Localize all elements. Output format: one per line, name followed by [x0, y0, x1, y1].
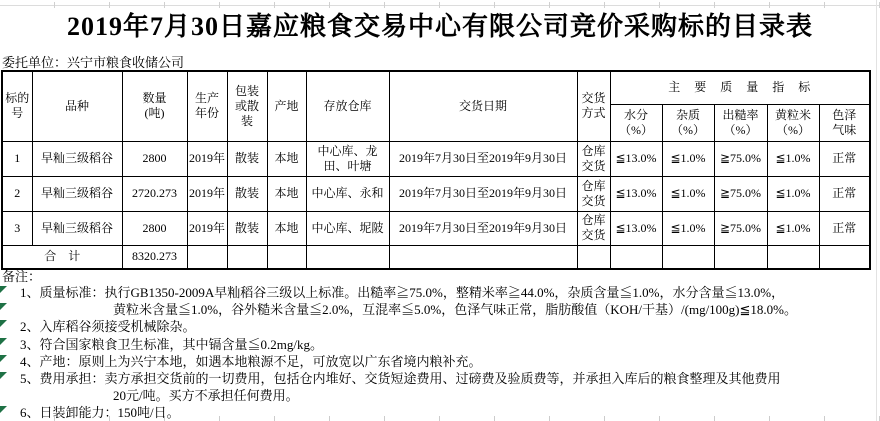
cell-packing: 散装: [227, 141, 267, 176]
empty-cell: [306, 245, 389, 269]
empty-cell: [662, 245, 714, 269]
note-line: 4、产地：原则上为兴宁本地，如遇本地粮源不足，可放宽以广东省境内粮补充。: [0, 353, 880, 370]
empty-cell: [389, 245, 577, 269]
cell-error-indicator-icon: [0, 406, 7, 413]
table-row: 1 早籼三级稻谷 2800 2019年 散装 本地 中心库、龙田、叶塘 2019…: [2, 141, 870, 176]
cell-error-indicator-icon: [0, 338, 7, 345]
cell-yellow-kernel: ≦1.0%: [767, 141, 819, 176]
cell-husked-rate: ≧75.0%: [714, 176, 767, 211]
col-header-delivery-date: 交货日期: [389, 71, 577, 141]
page-title: 2019年7月30日嘉应粮食交易中心有限公司竞价采购标的目录表: [0, 6, 880, 43]
cell-production-year: 2019年: [187, 141, 227, 176]
note-line: 黄粒米含量≦1.0%，谷外糙米含量≦2.0%，互混率≦5.0%，色泽气味正常，脂…: [0, 301, 880, 318]
cell-impurity: ≦1.0%: [662, 211, 714, 245]
col-header-packing: 包装 或散 装: [227, 71, 267, 141]
cell-packing: 散装: [227, 211, 267, 245]
note-text: 4、产地：原则上为兴宁本地，如遇本地粮源不足，可放宽以广东省境内粮补充。: [20, 354, 482, 369]
cell-variety: 早籼三级稻谷: [32, 141, 122, 176]
empty-cell: [577, 245, 610, 269]
cell-error-indicator-icon: [0, 320, 7, 327]
cell-packing: 散装: [227, 176, 267, 211]
cell-yellow-kernel: ≦1.0%: [767, 176, 819, 211]
cell-impurity: ≦1.0%: [662, 176, 714, 211]
cell-error-indicator-icon: [0, 355, 7, 362]
col-header-delivery-method: 交货 方式: [577, 71, 610, 141]
note-text: 6、日装卸能力：150吨/日。: [20, 405, 180, 420]
col-header-quantity: 数量 (吨): [122, 71, 187, 141]
total-row: 合 计 8320.273: [2, 245, 870, 269]
notes-section: 备注： 1、质量标准：执行GB1350-2009A早籼稻谷三级以上标准。出糙率≧…: [0, 269, 880, 421]
table-row: 2 早籼三级稻谷 2720.273 2019年 散装 本地 中心库、永和 201…: [2, 176, 870, 211]
cell-lot-no: 3: [2, 211, 32, 245]
cell-quantity: 2800: [122, 211, 187, 245]
cell-delivery-method: 仓库 交货: [577, 211, 610, 245]
note-line: 3、符合国家粮食卫生标准，其中镉含量≦0.2mg/kg。: [0, 336, 880, 353]
empty-cell: [610, 245, 662, 269]
note-text: 黄粒米含量≦1.0%，谷外糙米含量≦2.0%，互混率≦5.0%，色泽气味正常，脂…: [113, 302, 797, 317]
table-row: 3 早籼三级稻谷 2800 2019年 散装 本地 中心库、坭陂 2019年7月…: [2, 211, 870, 245]
note-text: 3、符合国家粮食卫生标准，其中镉含量≦0.2mg/kg。: [20, 337, 323, 352]
cell-impurity: ≦1.0%: [662, 141, 714, 176]
empty-cell: [227, 245, 267, 269]
note-text: 1、质量标准：执行GB1350-2009A早籼稻谷三级以上标准。出糙率≧75.0…: [20, 285, 784, 300]
note-text: 5、费用承担：卖方承担交货前的一切费用，包括仓内堆好、交货短途费用、过磅费及验质…: [20, 371, 781, 386]
cell-color-odor: 正常: [819, 211, 870, 245]
cell-origin: 本地: [267, 176, 306, 211]
cell-production-year: 2019年: [187, 211, 227, 245]
col-header-yellow-kernel: 黄粒米 （%）: [767, 104, 819, 141]
col-header-color-odor: 色泽 气味: [819, 104, 870, 141]
note-line: 2、入库稻谷须接受机械除杂。: [0, 318, 880, 335]
total-label: 合 计: [2, 245, 122, 269]
cell-delivery-method: 仓库 交货: [577, 141, 610, 176]
cell-warehouse: 中心库、坭陂: [306, 211, 389, 245]
cell-delivery-date: 2019年7月30日至2019年9月30日: [389, 141, 577, 176]
cell-lot-no: 2: [2, 176, 32, 211]
cell-variety: 早籼三级稻谷: [32, 211, 122, 245]
cell-yellow-kernel: ≦1.0%: [767, 211, 819, 245]
note-line: 6、日装卸能力：150吨/日。: [0, 404, 880, 421]
note-text: 20元/吨。买方不承担任何费用。: [113, 388, 299, 403]
note-line: 1、质量标准：执行GB1350-2009A早籼稻谷三级以上标准。出糙率≧75.0…: [0, 284, 880, 301]
empty-cell: [267, 245, 306, 269]
note-line: 20元/吨。买方不承担任何费用。: [0, 387, 880, 404]
col-header-lot-no: 标的 号: [2, 71, 32, 141]
note-text: 2、入库稻谷须接受机械除杂。: [20, 319, 196, 334]
cell-error-indicator-icon: [0, 372, 7, 379]
cell-delivery-date: 2019年7月30日至2019年9月30日: [389, 176, 577, 211]
catalog-table: 标的 号 品种 数量 (吨) 生产 年份 包装 或散 装 产地 存放仓库 交货日…: [1, 70, 871, 270]
cell-quantity: 2800: [122, 141, 187, 176]
cell-husked-rate: ≧75.0%: [714, 141, 767, 176]
empty-cell: [714, 245, 767, 269]
client-label: 委托单位：兴宁市粮食收储公司: [2, 52, 184, 71]
col-header-quality-group: 主 要 质 量 指 标: [610, 71, 870, 104]
spreadsheet-screenshot: 2019年7月30日嘉应粮食交易中心有限公司竞价采购标的目录表 委托单位：兴宁市…: [0, 0, 880, 421]
cell-moisture: ≦13.0%: [610, 211, 662, 245]
note-line: 5、费用承担：卖方承担交货前的一切费用，包括仓内堆好、交货短途费用、过磅费及验质…: [0, 370, 880, 387]
cell-color-odor: 正常: [819, 141, 870, 176]
col-header-moisture: 水分 （%）: [610, 104, 662, 141]
notes-label: 备注：: [0, 269, 880, 284]
cell-error-indicator-icon: [0, 303, 7, 310]
empty-cell: [187, 245, 227, 269]
cell-warehouse: 中心库、永和: [306, 176, 389, 211]
cell-delivery-method: 仓库 交货: [577, 176, 610, 211]
cell-lot-no: 1: [2, 141, 32, 176]
empty-cell: [819, 245, 870, 269]
cell-quantity: 2720.273: [122, 176, 187, 211]
cell-variety: 早籼三级稻谷: [32, 176, 122, 211]
col-header-production-year: 生产 年份: [187, 71, 227, 141]
cell-moisture: ≦13.0%: [610, 176, 662, 211]
cell-color-odor: 正常: [819, 176, 870, 211]
cell-warehouse: 中心库、龙田、叶塘: [306, 141, 389, 176]
col-header-impurity: 杂质 （%）: [662, 104, 714, 141]
cell-origin: 本地: [267, 211, 306, 245]
total-quantity: 8320.273: [122, 245, 187, 269]
cell-production-year: 2019年: [187, 176, 227, 211]
cell-delivery-date: 2019年7月30日至2019年9月30日: [389, 211, 577, 245]
col-header-warehouse: 存放仓库: [306, 71, 389, 141]
cell-moisture: ≦13.0%: [610, 141, 662, 176]
cell-error-indicator-icon: [0, 286, 7, 293]
col-header-origin: 产地: [267, 71, 306, 141]
col-header-husked-rate: 出糙率 （%）: [714, 104, 767, 141]
empty-cell: [767, 245, 819, 269]
cell-husked-rate: ≧75.0%: [714, 211, 767, 245]
cell-origin: 本地: [267, 141, 306, 176]
col-header-variety: 品种: [32, 71, 122, 141]
